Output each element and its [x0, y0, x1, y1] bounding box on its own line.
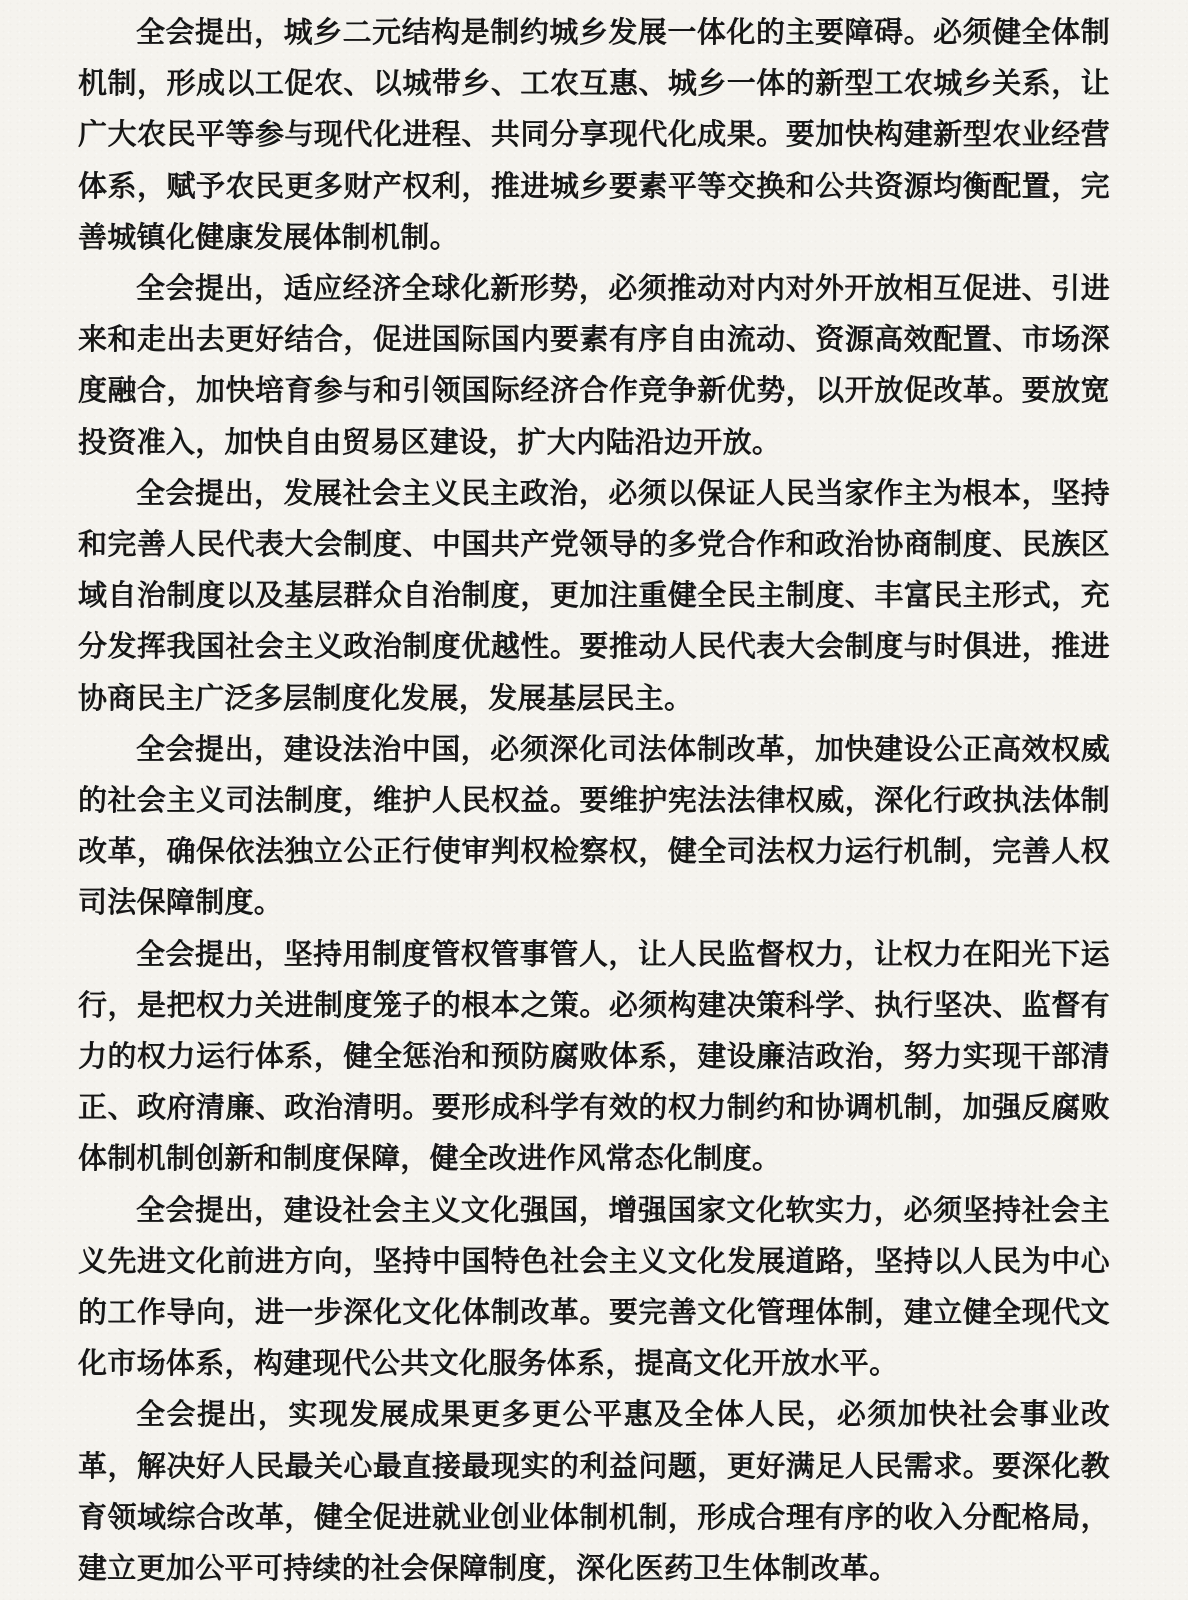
- paragraph-opening-up: 全会提出，适应经济全球化新形势，必须推动对内对外开放相互促进、引进来和走出去更好…: [78, 264, 1110, 469]
- paragraph-urban-rural: 全会提出，城乡二元结构是制约城乡发展一体化的主要障碍。必须健全体制机制，形成以工…: [78, 8, 1110, 264]
- paragraph-power-supervision: 全会提出，坚持用制度管权管事管人，让人民监督权力，让权力在阳光下运行，是把权力关…: [78, 930, 1110, 1186]
- paragraph-cultural-system: 全会提出，建设社会主义文化强国，增强国家文化软实力，必须坚持社会主义先进文化前进…: [78, 1186, 1110, 1391]
- paragraph-rule-of-law: 全会提出，建设法治中国，必须深化司法体制改革，加快建设公正高效权威的社会主义司法…: [78, 725, 1110, 930]
- paragraph-social-programs: 全会提出，实现发展成果更多更公平惠及全体人民，必须加快社会事业改革，解决好人民最…: [78, 1390, 1110, 1595]
- document-page: 全会提出，城乡二元结构是制约城乡发展一体化的主要障碍。必须健全体制机制，形成以工…: [0, 0, 1188, 1600]
- paragraph-democratic-politics: 全会提出，发展社会主义民主政治，必须以保证人民当家作主为根本，坚持和完善人民代表…: [78, 469, 1110, 725]
